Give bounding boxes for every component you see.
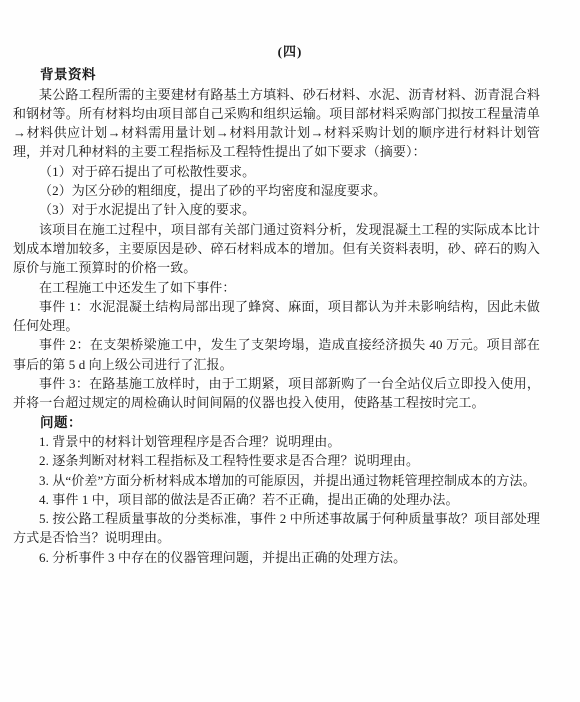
question-6: 6. 分析事件 3 中存在的仪器管理问题，并提出正确的处理方法。 <box>13 548 540 567</box>
paragraph-req-1: （1）对于碎石提出了可松散性要求。 <box>13 162 540 181</box>
paragraph-events-intro: 在工程施工中还发生了如下事件： <box>13 278 540 297</box>
question-2: 2. 逐条判断对材料工程指标及工程特性要求是否合理？说明理由。 <box>13 451 540 470</box>
question-3: 3. 从“价差”方面分析材料成本增加的可能原因，并提出通过物耗管理控制成本的方法… <box>13 471 540 490</box>
paragraph-cost: 该项目在施工过程中，项目部有关部门通过资料分析，发现混凝土工程的实际成本比计划成… <box>13 220 540 278</box>
paragraph-intro: 某公路工程所需的主要建材有路基土方填料、砂石材料、水泥、沥青材料、沥青混合料和钢… <box>13 85 540 162</box>
paragraph-event-2: 事件 2：在支架桥梁施工中，发生了支架垮塌，造成直接经济损失 40 万元。项目部… <box>13 335 540 374</box>
question-1: 1. 背景中的材料计划管理程序是否合理？说明理由。 <box>13 432 540 451</box>
question-4: 4. 事件 1 中，项目部的做法是否正确？若不正确，提出正确的处理办法。 <box>13 490 540 509</box>
paragraph-event-1: 事件 1：水泥混凝土结构局部出现了蜂窝、麻面，项目都认为并未影响结构，因此未做任… <box>13 297 540 336</box>
paragraph-req-3: （3）对于水泥提出了针入度的要求。 <box>13 200 540 219</box>
questions-heading: 问题： <box>13 413 540 432</box>
paragraph-req-2: （2）为区分砂的粗细度，提出了砂的平均密度和湿度要求。 <box>13 181 540 200</box>
paragraph-event-3: 事件 3：在路基施工放样时，由于工期紧，项目部新购了一台全站仪后立即投入使用，并… <box>13 374 540 413</box>
section-title: (四) <box>40 42 540 61</box>
question-5: 5. 按公路工程质量事故的分类标准，事件 2 中所述事故属于何种质量事故？项目部… <box>13 509 540 548</box>
background-heading: 背景资料 <box>13 65 540 84</box>
document-page: (四) 背景资料 某公路工程所需的主要建材有路基土方填料、砂石材料、水泥、沥青材… <box>0 0 580 702</box>
